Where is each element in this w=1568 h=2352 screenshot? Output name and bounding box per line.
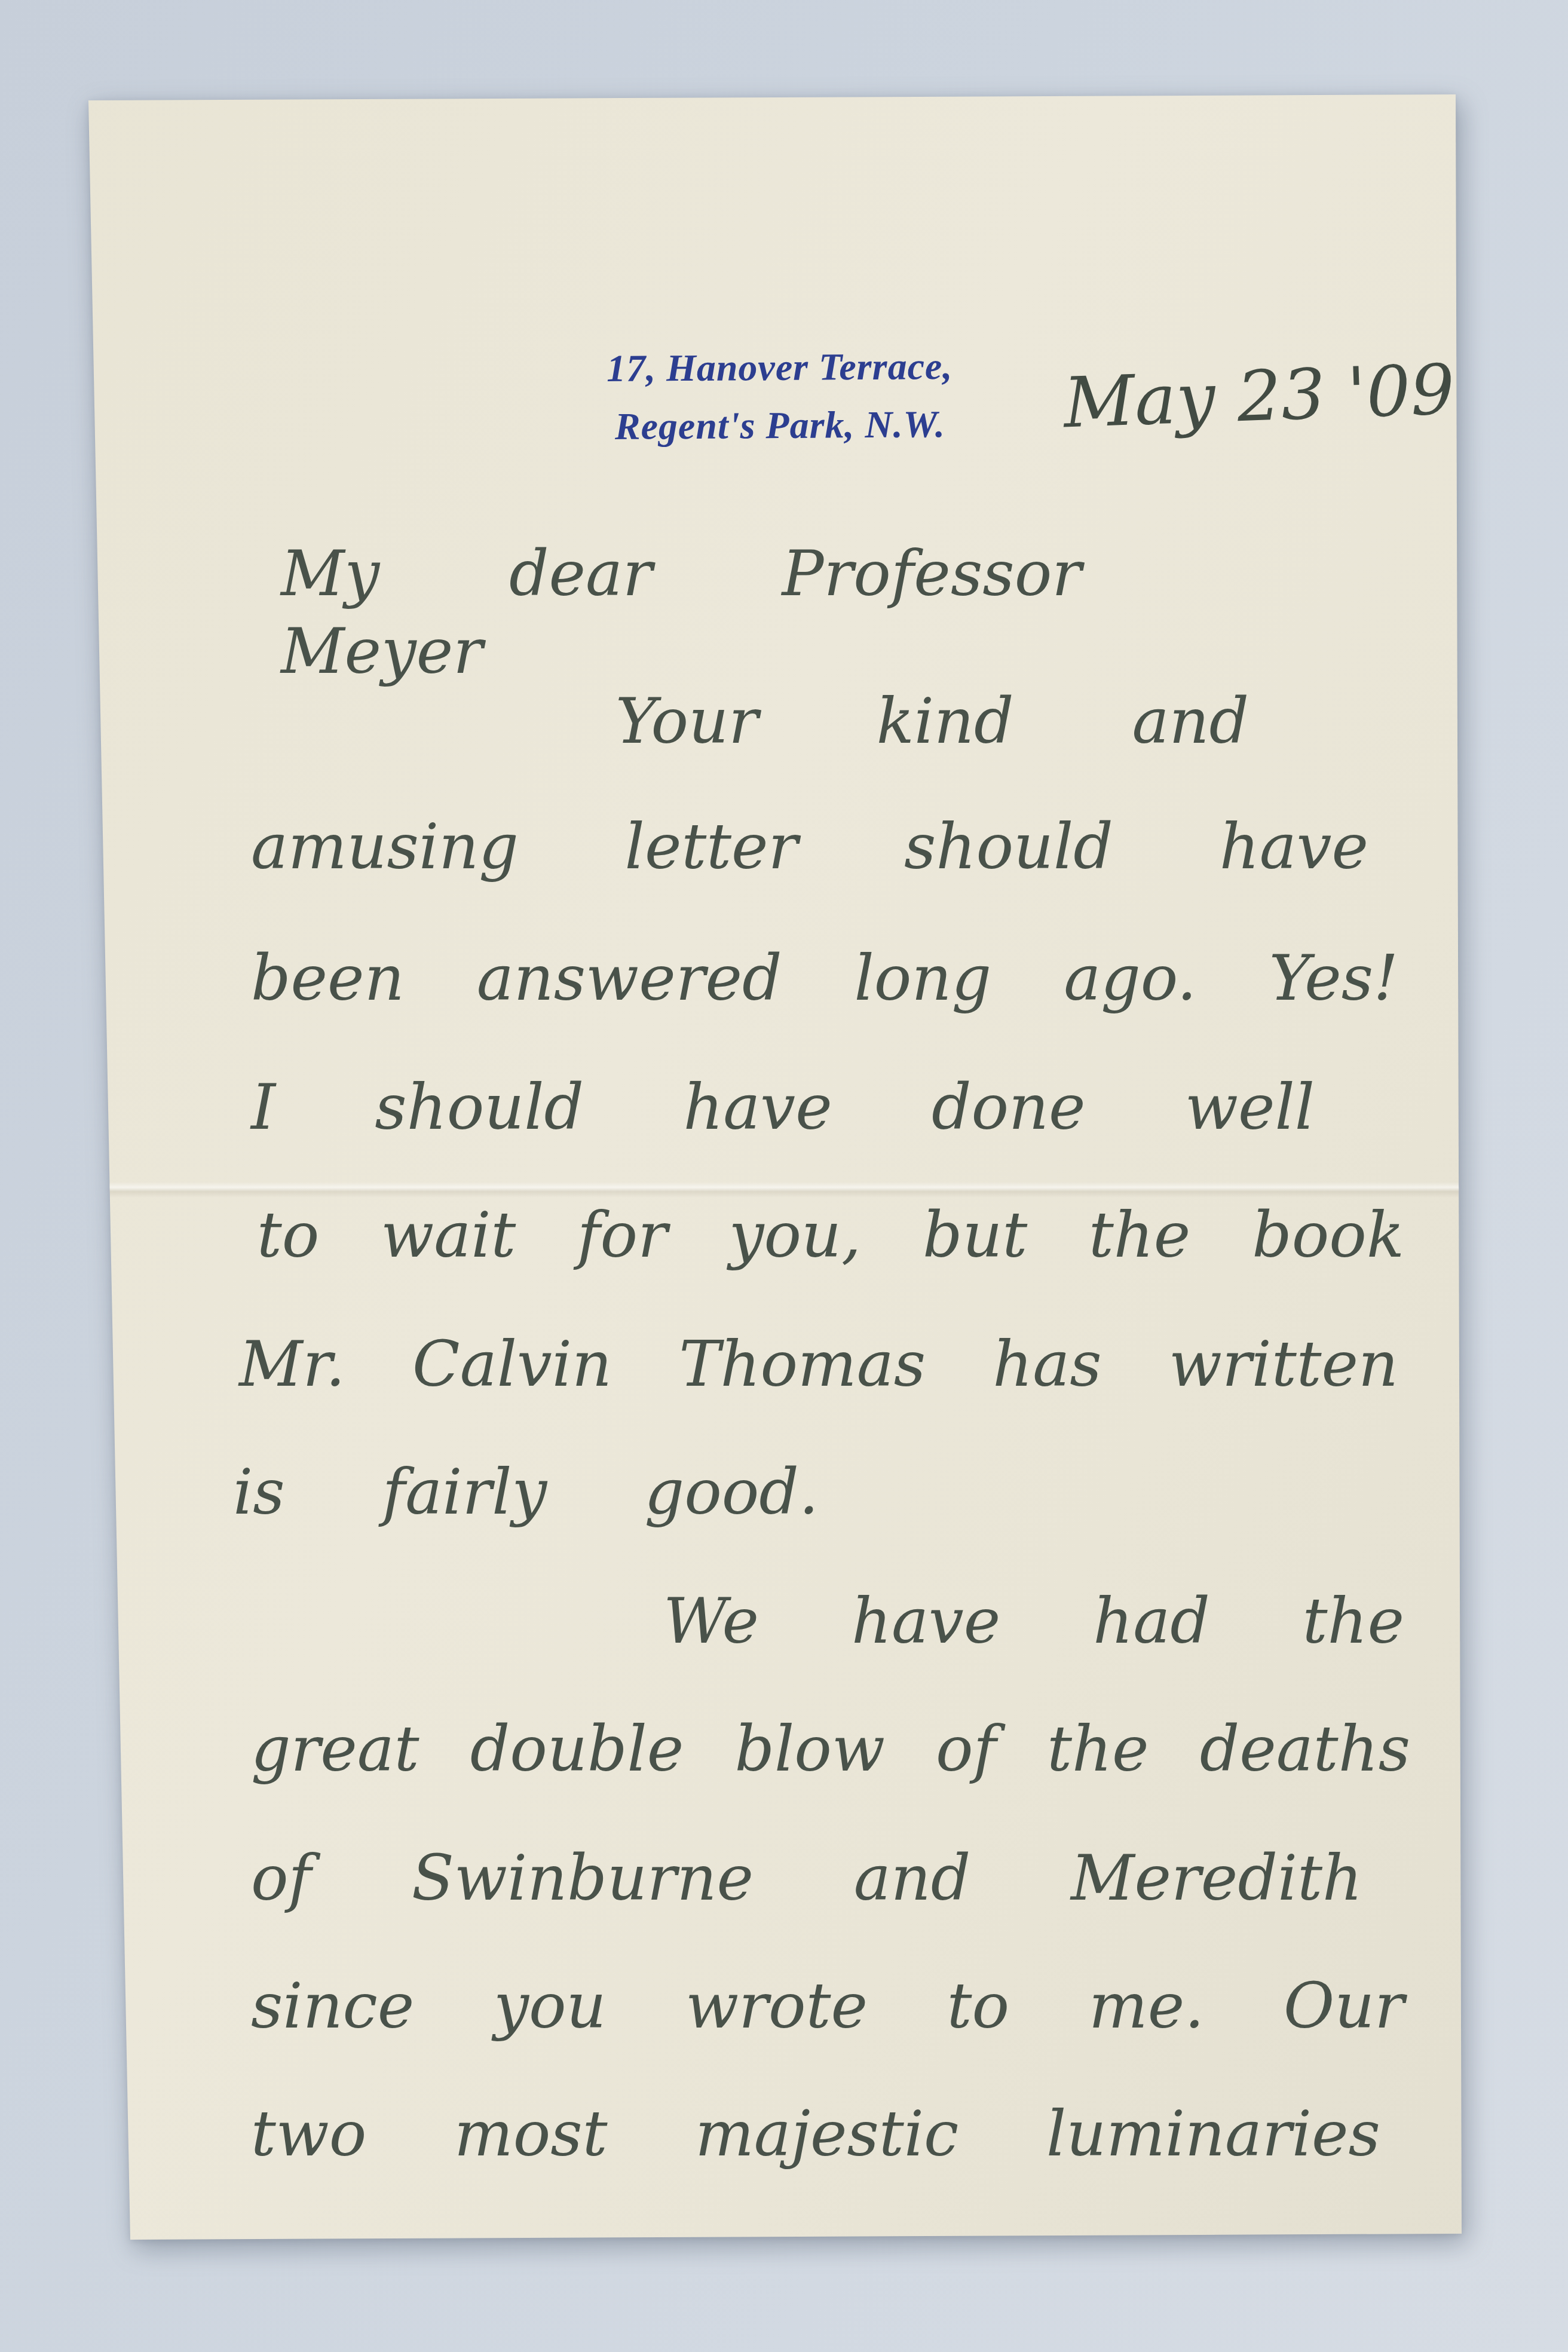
letterhead-address-line-2: Regent's Park, N.W. bbox=[532, 394, 1028, 456]
handwritten-line: to wait for you, but the book bbox=[257, 1196, 1404, 1274]
paper-shadow-wrapper: 17, Hanover Terrace, Regent's Park, N.W.… bbox=[0, 0, 1568, 2352]
handwritten-line: We have had the bbox=[663, 1582, 1404, 1660]
handwritten-line: great double blow of the deaths bbox=[251, 1710, 1410, 1788]
handwritten-line: been answered long ago. Yes! bbox=[251, 939, 1398, 1017]
paper-fold-crease bbox=[90, 1182, 1464, 1198]
handwritten-line: I should have done well bbox=[251, 1068, 1315, 1146]
handwritten-line: amusing letter should have bbox=[251, 808, 1368, 886]
letterhead: 17, Hanover Terrace, Regent's Park, N.W. bbox=[531, 336, 1028, 456]
handwritten-line: of Swinburne and Meredith bbox=[251, 1839, 1362, 1917]
handwritten-line: is fairly good. bbox=[233, 1453, 819, 1531]
handwritten-date: May 23 '09 bbox=[1062, 348, 1424, 447]
salutation-line: My dear Professor Meyer bbox=[281, 535, 1082, 690]
handwritten-line: two most majestic luminaries bbox=[251, 2095, 1380, 2173]
letter-paper: 17, Hanover Terrace, Regent's Park, N.W.… bbox=[0, 0, 1568, 2352]
letterhead-address-line-1: 17, Hanover Terrace, bbox=[531, 336, 1028, 398]
handwritten-line: Mr. Calvin Thomas has written bbox=[239, 1325, 1398, 1403]
handwritten-line: Your kind and bbox=[615, 682, 1249, 760]
photo-of-letter: 17, Hanover Terrace, Regent's Park, N.W.… bbox=[0, 0, 1568, 2352]
handwritten-line: since you wrote to me. Our bbox=[251, 1967, 1404, 2045]
